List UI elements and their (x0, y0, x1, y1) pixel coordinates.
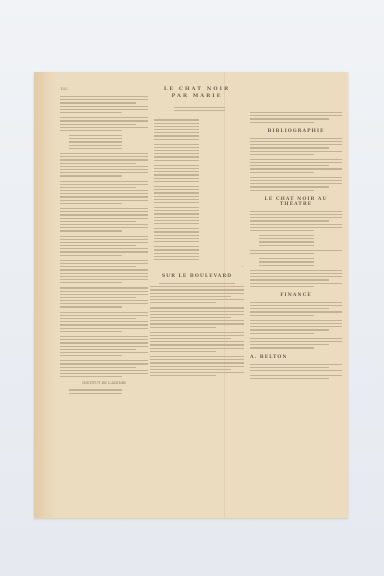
masthead-title: LE CHAT NOIR (150, 86, 244, 93)
left-footer-heading: INSTITUT DE L'AVENIR (60, 381, 148, 385)
newspaper-page: 102 INSTITUT DE L'AVENIR LE CHAT NOIR PA… (34, 72, 348, 518)
right-column: BIBLIOGRAPHIE LE CHAT NOIR AU THÉATRE FI… (250, 110, 342, 383)
page-number: 102 (60, 86, 68, 91)
bibliography-heading: BIBLIOGRAPHIE (250, 129, 342, 134)
center-column: LE CHAT NOIR PAR MARIE — SUR LE BOULEVAR… (150, 86, 244, 380)
finance-heading: FINANCE (250, 293, 342, 298)
theatre-heading: LE CHAT NOIR AU THÉATRE (250, 197, 342, 207)
left-column: INSTITUT DE L'AVENIR (60, 94, 148, 396)
masthead-subtitle: PAR MARIE (150, 93, 244, 100)
advert-heading: A. BELTON (250, 355, 342, 360)
center-heading: SUR LE BOULEVARD (150, 274, 244, 279)
